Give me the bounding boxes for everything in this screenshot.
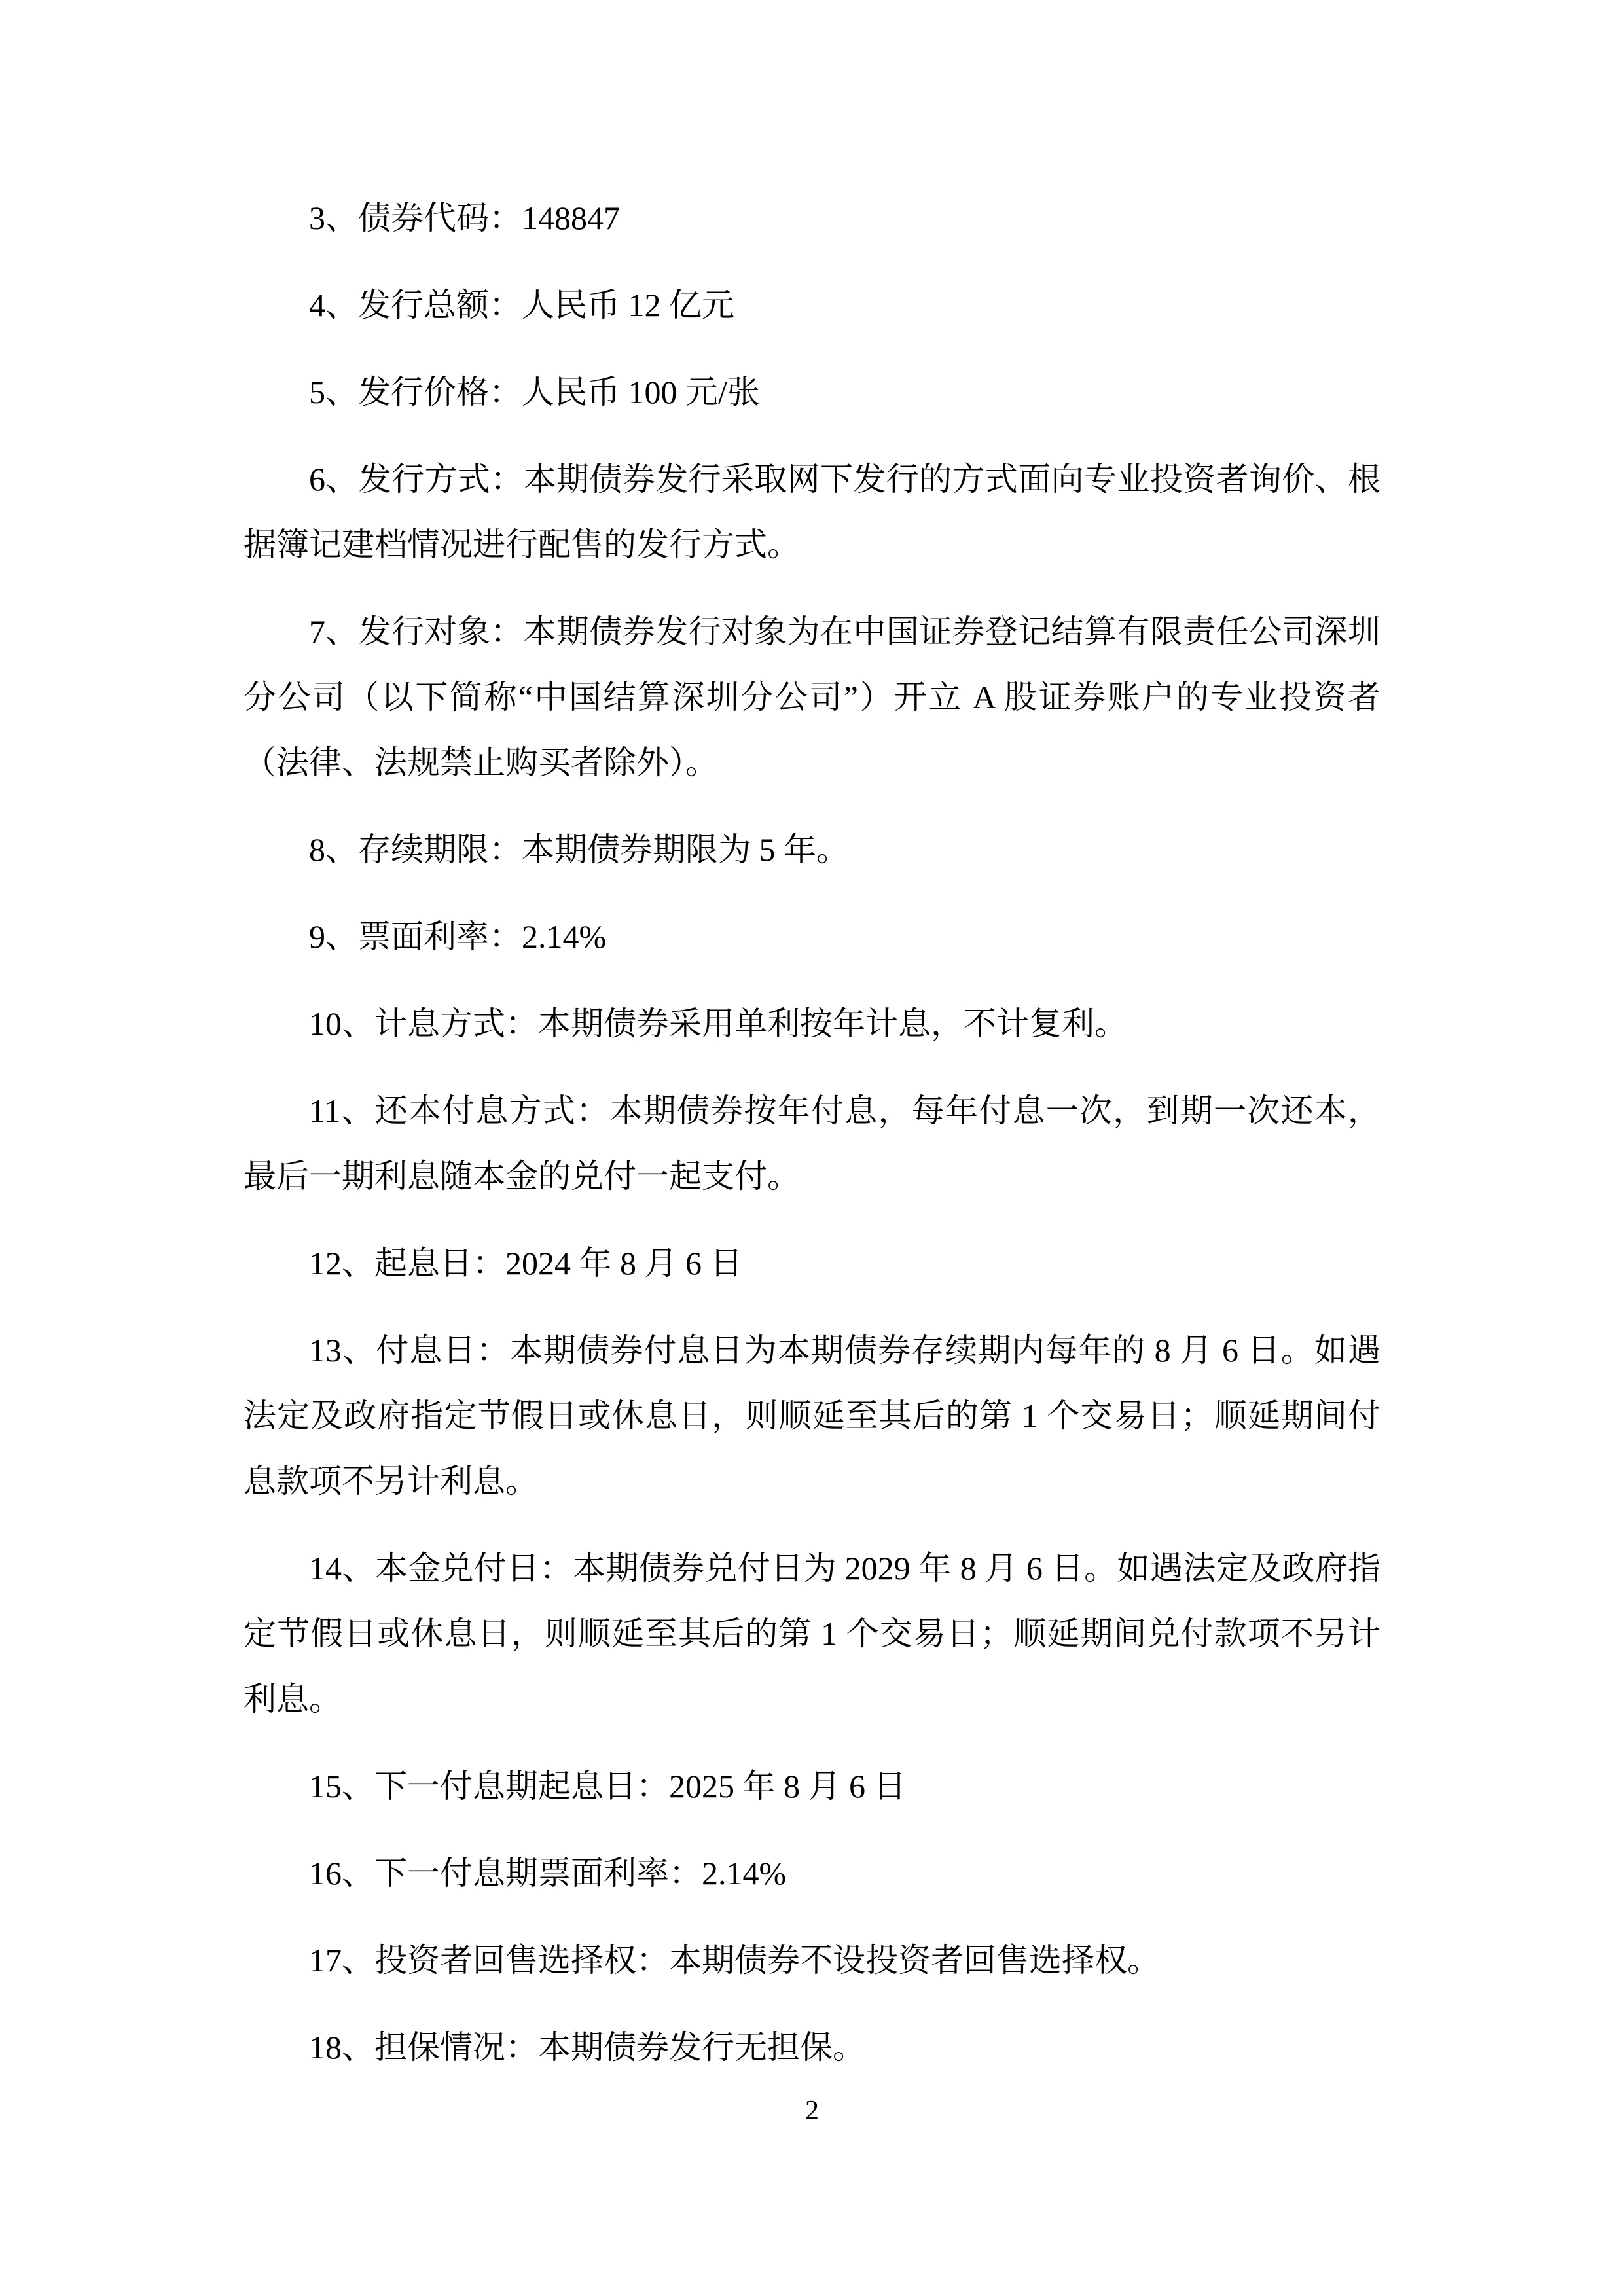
paragraph-item-17: 17、投资者回售选择权：本期债券不设投资者回售选择权。: [244, 1928, 1380, 1993]
document-page: 3、债券代码：148847 4、发行总额：人民币 12 亿元 5、发行价格：人民…: [0, 0, 1624, 2296]
paragraph-item-18: 18、担保情况：本期债券发行无担保。: [244, 2015, 1380, 2080]
paragraph-item-5: 5、发行价格：人民币 100 元/张: [244, 359, 1380, 425]
paragraph-item-8: 8、存续期限：本期债券期限为 5 年。: [244, 817, 1380, 882]
paragraph-item-3: 3、债券代码：148847: [244, 185, 1380, 251]
document-body: 3、债券代码：148847 4、发行总额：人民币 12 亿元 5、发行价格：人民…: [244, 185, 1380, 2080]
paragraph-item-4: 4、发行总额：人民币 12 亿元: [244, 272, 1380, 338]
paragraph-item-14: 14、本金兑付日：本期债券兑付日为 2029 年 8 月 6 日。如遇法定及政府…: [244, 1535, 1380, 1732]
page-number: 2: [0, 2094, 1624, 2127]
paragraph-item-13: 13、付息日：本期债券付息日为本期债券存续期内每年的 8 月 6 日。如遇法定及…: [244, 1318, 1380, 1514]
paragraph-item-15: 15、下一付息期起息日：2025 年 8 月 6 日: [244, 1753, 1380, 1819]
paragraph-item-10: 10、计息方式：本期债券采用单利按年计息，不计复利。: [244, 991, 1380, 1056]
paragraph-item-7: 7、发行对象：本期债券发行对象为在中国证券登记结算有限责任公司深圳分公司（以下简…: [244, 599, 1380, 795]
paragraph-item-12: 12、起息日：2024 年 8 月 6 日: [244, 1230, 1380, 1296]
paragraph-item-11: 11、还本付息方式：本期债券按年付息，每年付息一次，到期一次还本，最后一期利息随…: [244, 1078, 1380, 1209]
paragraph-item-6: 6、发行方式：本期债券发行采取网下发行的方式面向专业投资者询价、根据簿记建档情况…: [244, 446, 1380, 577]
paragraph-item-16: 16、下一付息期票面利率：2.14%: [244, 1840, 1380, 1906]
paragraph-item-9: 9、票面利率：2.14%: [244, 904, 1380, 969]
